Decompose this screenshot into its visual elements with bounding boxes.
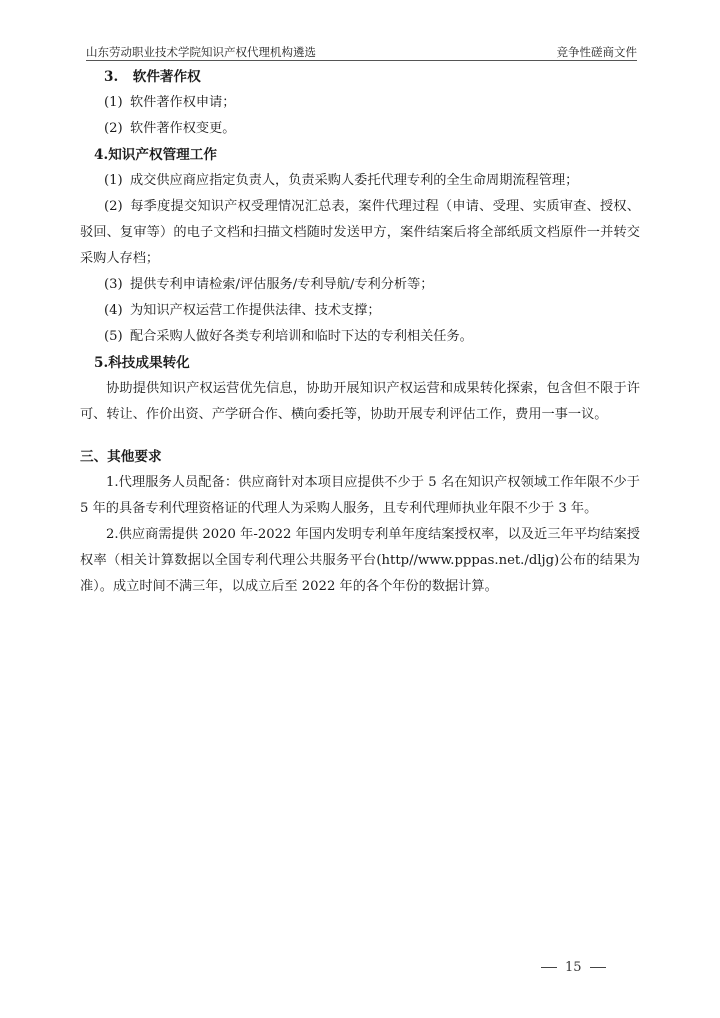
list-item: (5)配合采购人做好各类专利培训和临时下达的专利相关任务。 bbox=[80, 324, 640, 350]
list-item-text: 每季度提交知识产权受理情况汇总表，案件代理过程（申请、受理、实质审查、授权、驳回… bbox=[80, 199, 640, 266]
list-item-number: (5) bbox=[104, 324, 130, 350]
list-item: (1)成交供应商应指定负责人，负责采购人委托代理专利的全生命周期流程管理； bbox=[80, 168, 640, 194]
paragraph-tech-transfer: 协助提供知识产权运营优先信息，协助开展知识产权运营和成果转化探索，包含但不限于许… bbox=[80, 376, 640, 428]
list-item-number: (2) bbox=[104, 194, 130, 220]
section-number: 3. bbox=[104, 64, 128, 90]
section-heading-software-copyright: 3. 软件著作权 bbox=[80, 64, 640, 90]
header-document-type: 竞争性磋商文件 bbox=[557, 45, 638, 60]
list-item-number: (3) bbox=[104, 272, 130, 298]
page-number-dash-left bbox=[541, 967, 557, 968]
paragraph-staffing-requirement: 1.代理服务人员配备：供应商针对本项目应提供不少于 5 名在知识产权领域工作年限… bbox=[80, 470, 640, 522]
list-item-number: (1) bbox=[104, 90, 130, 116]
list-item-text: 软件著作权申请； bbox=[130, 95, 236, 110]
document-body: 3. 软件著作权 (1)软件著作权申请； (2)软件著作权变更。 4.知识产权管… bbox=[80, 64, 640, 600]
header-document-title: 山东劳动职业技术学院知识产权代理机构遴选 bbox=[86, 45, 316, 60]
list-item-number: (4) bbox=[104, 298, 130, 324]
list-item-text: 成交供应商应指定负责人，负责采购人委托代理专利的全生命周期流程管理； bbox=[130, 173, 578, 188]
list-item-text: 配合采购人做好各类专利培训和临时下达的专利相关任务。 bbox=[130, 329, 473, 344]
list-item-number: (2) bbox=[104, 116, 130, 142]
section-heading-ip-management: 4.知识产权管理工作 bbox=[80, 142, 640, 168]
list-item: (2)每季度提交知识产权受理情况汇总表，案件代理过程（申请、受理、实质审查、授权… bbox=[80, 194, 640, 272]
paragraph-authorization-rate-requirement: 2.供应商需提供 2020 年-2022 年国内发明专利单年度结案授权率，以及近… bbox=[80, 522, 640, 600]
page-number: 15 bbox=[541, 960, 606, 975]
list-item-text: 提供专利申请检索/评估服务/专利导航/专利分析等； bbox=[130, 277, 433, 292]
list-item: (2)软件著作权变更。 bbox=[80, 116, 640, 142]
page-number-value: 15 bbox=[565, 960, 582, 975]
list-item: (4)为知识产权运营工作提供法律、技术支撑； bbox=[80, 298, 640, 324]
list-item-text: 为知识产权运营工作提供法律、技术支撑； bbox=[130, 303, 381, 318]
section-heading-tech-transfer: 5.科技成果转化 bbox=[80, 350, 640, 376]
list-item-number: (1) bbox=[104, 168, 130, 194]
page-header: 山东劳动职业技术学院知识产权代理机构遴选 竞争性磋商文件 bbox=[86, 44, 637, 61]
list-item-text: 软件著作权变更。 bbox=[130, 121, 236, 136]
list-item: (1)软件著作权申请； bbox=[80, 90, 640, 116]
list-item: (3)提供专利申请检索/评估服务/专利导航/专利分析等； bbox=[80, 272, 640, 298]
section-title: 软件著作权 bbox=[133, 69, 201, 85]
section-heading-other-requirements: 三、其他要求 bbox=[80, 444, 640, 470]
page-number-dash-right bbox=[590, 967, 606, 968]
